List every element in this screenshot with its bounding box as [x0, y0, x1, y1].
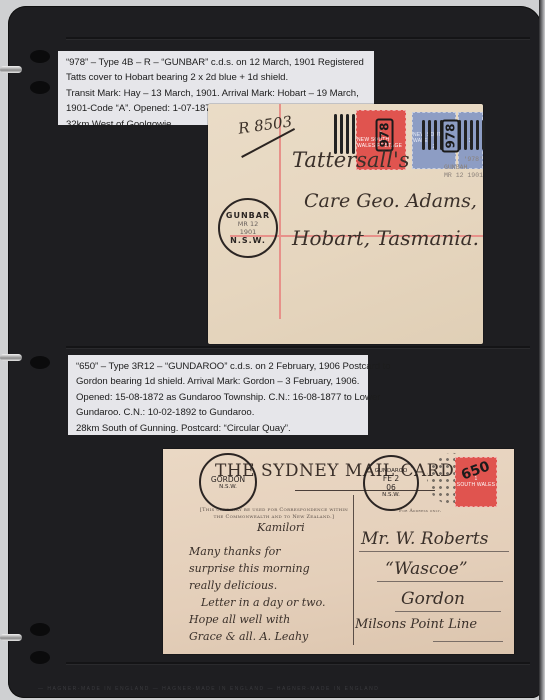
caption-line: “650” – Type 3R12 – “GUNDAROO” c.d.s. on…	[76, 359, 360, 374]
postmark-state: N.S.W.	[230, 236, 266, 245]
pencil-annotation: '978' GUNBAH MR 12 1901	[444, 156, 483, 180]
postmark-town: GUNBAR	[226, 211, 270, 220]
message-line: Hope all well with	[189, 611, 326, 628]
caption-line: Gordon bearing 1d shield. Arrival Mark: …	[76, 374, 360, 389]
address-only-note: For Address only.	[399, 509, 442, 514]
postmark-state: N.S.W.	[382, 492, 400, 498]
gunbar-postmark: GUNBAR MR 12 1901 N.S.W.	[218, 198, 278, 258]
postmark-year: 06	[386, 483, 396, 492]
address-rule	[433, 641, 503, 642]
handwritten-message: Many thanks for surprise this morning re…	[189, 543, 326, 645]
address-line: Mr. W. Roberts	[361, 529, 488, 549]
caption-line: Transit Mark: Hay – 13 March, 1901. Arri…	[66, 86, 366, 101]
address-line: “Wascoe”	[385, 559, 468, 579]
postmark-year: 1901	[240, 228, 257, 236]
gundaroo-postmark: GUNDAROO FE 2 06 N.S.W.	[363, 455, 419, 511]
address-rule	[377, 581, 503, 582]
binder-ring	[0, 634, 22, 641]
postmark-state: N.S.W.	[219, 484, 237, 490]
address-line: Gordon	[401, 589, 465, 609]
binder-ring	[0, 66, 22, 73]
binder-hole	[30, 50, 50, 63]
pencil-line: MR 12 1901	[444, 172, 483, 180]
message-line: Letter in a day or two.	[189, 594, 326, 611]
message-line: surprise this morning	[189, 560, 326, 577]
sydney-mail-postcard[interactable]: THE SYDNEY MAIL CARD [This card may be u…	[163, 449, 514, 654]
address-rule	[395, 611, 501, 612]
pencil-line: '978'	[444, 156, 483, 164]
postmark-date: MR 12	[238, 220, 258, 228]
address-line: Milsons Point Line	[355, 617, 477, 632]
binder-ring	[0, 354, 22, 361]
postmark-town: GORDON	[211, 475, 245, 484]
caption-line: 28km South of Gunning. Postcard: “Circul…	[76, 421, 360, 436]
binder-hole	[30, 81, 50, 94]
address-line: Care Geo. Adams,	[304, 190, 477, 212]
numeral-cancel: 978	[442, 119, 460, 152]
postmark-date: FE 2	[383, 474, 399, 483]
caption-line: Tatts cover to Hobart bearing 2 x 2d blu…	[66, 70, 366, 85]
address-line: Tattersall's	[292, 148, 410, 172]
page-edge	[539, 0, 545, 700]
message-line: Many thanks for	[189, 543, 326, 560]
pocket-strip	[66, 346, 530, 348]
gordon-postmark: GORDON N.S.W.	[199, 453, 257, 511]
numeral-cancel: 978	[376, 118, 394, 151]
pocket-strip	[66, 662, 530, 664]
registered-cover[interactable]: R 8503 1 NEW SOUTH WALES POSTAGE 978 NEW…	[208, 104, 483, 344]
binder-hole	[30, 623, 50, 636]
pocket-strip	[66, 37, 530, 39]
pencil-line: GUNBAH	[444, 164, 483, 172]
caption-line: Opened: 15-08-1872 as Gundaroo Township.…	[76, 390, 360, 405]
card-divider	[353, 495, 354, 645]
binder-hole	[30, 356, 50, 369]
message-header: Kamilori	[257, 521, 305, 534]
caption-line: Gundaroo. C.N.: 10-02-1892 to Gundaroo.	[76, 405, 360, 420]
binder-hole	[30, 651, 50, 664]
postcard-caption: “650” – Type 3R12 – “GUNDAROO” c.d.s. on…	[68, 355, 368, 435]
message-line: Grace & all. A. Leahy	[189, 628, 326, 645]
page-imprint: — HAGNER-MADE IN ENGLAND — HAGNER-MADE I…	[38, 686, 543, 692]
address-rule	[359, 551, 509, 552]
caption-line: “978” – Type 4B – R – “GUNBAR” c.d.s. on…	[66, 55, 366, 70]
address-line: Hobart, Tasmania.	[292, 226, 479, 250]
message-line: really delicious.	[189, 577, 326, 594]
